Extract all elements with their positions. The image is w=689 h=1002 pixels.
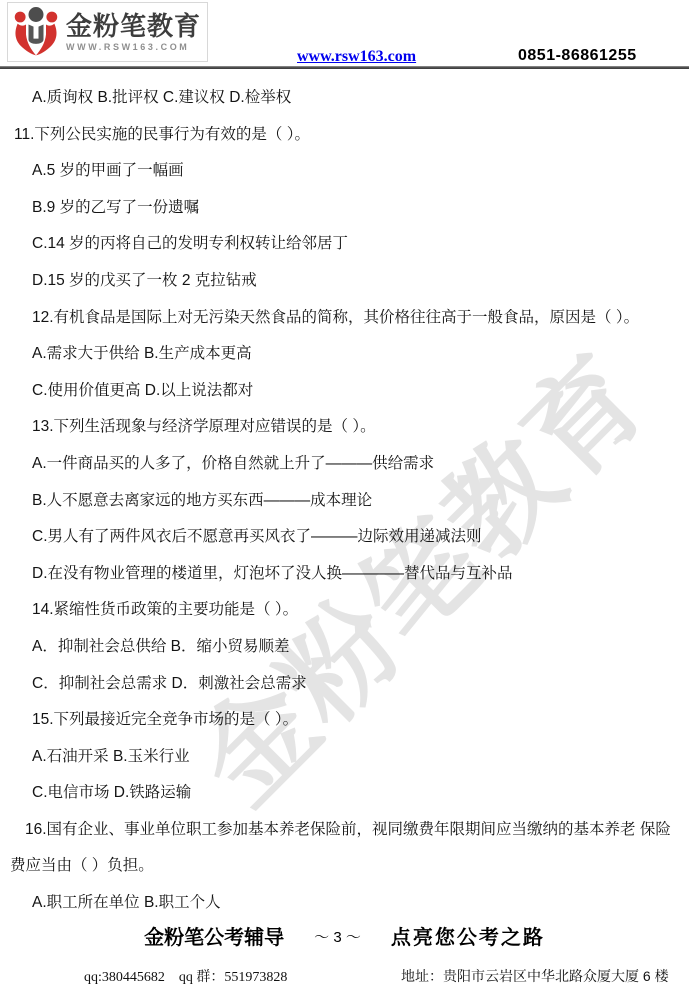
footer-title: 金粉笔公考辅导 <box>144 927 284 949</box>
contact-footer: qq:380445682 qq 群：551973828 地址：贵阳市云岩区中华北… <box>0 966 689 988</box>
brand-logo: 金粉笔教育 WWW.RSW163.COM <box>7 2 208 62</box>
website-link[interactable]: www.rsw163.com <box>297 48 416 66</box>
text-line: A.需求大于供给 B.生产成本更高 <box>0 336 685 373</box>
text-line: 13.下列生活现象与经济学原理对应错误的是（ ）。 <box>0 409 685 446</box>
text-line: C.14 岁的丙将自己的发明专利权转让给邻居丁 <box>0 226 685 263</box>
brand-name: 金粉笔教育 <box>66 12 201 40</box>
text-line: D.15 岁的戊买了一枚 2 克拉钻戒 <box>0 263 685 300</box>
text-line: A.职工所在单位 B.职工个人 <box>0 885 685 922</box>
header-divider <box>0 66 689 69</box>
page-footer: 金粉笔公考辅导～ 3 ～点亮您公考之路 <box>0 921 689 950</box>
document-lines: A.质询权 B.批评权 C.建议权 D.检举权11.下列公民实施的民事行为有效的… <box>0 80 685 922</box>
address: 地址：贵阳市云岩区中华北路众厦大厦 6 楼 <box>401 966 669 986</box>
text-line: 16.国有企业、事业单位职工参加基本养老保险前，视同缴费年限期间应当缴纳的基本养… <box>0 812 685 885</box>
brand-logo-icon <box>11 5 61 59</box>
footer-slogan: 点亮您公考之路 <box>391 927 545 949</box>
text-line: C.使用价值更高 D.以上说法都对 <box>0 373 685 410</box>
text-line: B.9 岁的乙写了一份遗嘱 <box>0 190 685 227</box>
page-number: ～ 3 ～ <box>314 929 361 946</box>
phone-number: 0851-86861255 <box>518 47 637 65</box>
text-line: C.男人有了两件风衣后不愿意再买风衣了———边际效用递减法则 <box>0 519 685 556</box>
brand-site-caption: WWW.RSW163.COM <box>66 42 201 52</box>
text-line: D.在没有物业管理的楼道里，灯泡坏了没人换————替代品与互补品 <box>0 556 685 593</box>
text-line: 15.下列最接近完全竞争市场的是（ ）。 <box>0 702 685 739</box>
text-line: A.质询权 B.批评权 C.建议权 D.检举权 <box>0 80 685 117</box>
text-line: 11.下列公民实施的民事行为有效的是（ ）。 <box>0 117 685 154</box>
text-line: A.一件商品买的人多了，价格自然就上升了———供给需求 <box>0 446 685 483</box>
text-line: C.电信市场 D.铁路运输 <box>0 775 685 812</box>
text-line: A.5 岁的甲画了一幅画 <box>0 153 685 190</box>
text-line: B.人不愿意去离家远的地方买东西———成本理论 <box>0 483 685 520</box>
text-line: A．抑制社会总供给 B．缩小贸易顺差 <box>0 629 685 666</box>
text-line: 12.有机食品是国际上对无污染天然食品的简称，其价格往往高于一般食品，原因是（ … <box>0 300 685 337</box>
qq-contact: qq:380445682 qq 群：551973828 <box>84 966 287 986</box>
text-line: C．抑制社会总需求 D．刺激社会总需求 <box>0 666 685 703</box>
text-line: 14.紧缩性货币政策的主要功能是（ ）。 <box>0 592 685 629</box>
text-line: A.石油开采 B.玉米行业 <box>0 739 685 776</box>
